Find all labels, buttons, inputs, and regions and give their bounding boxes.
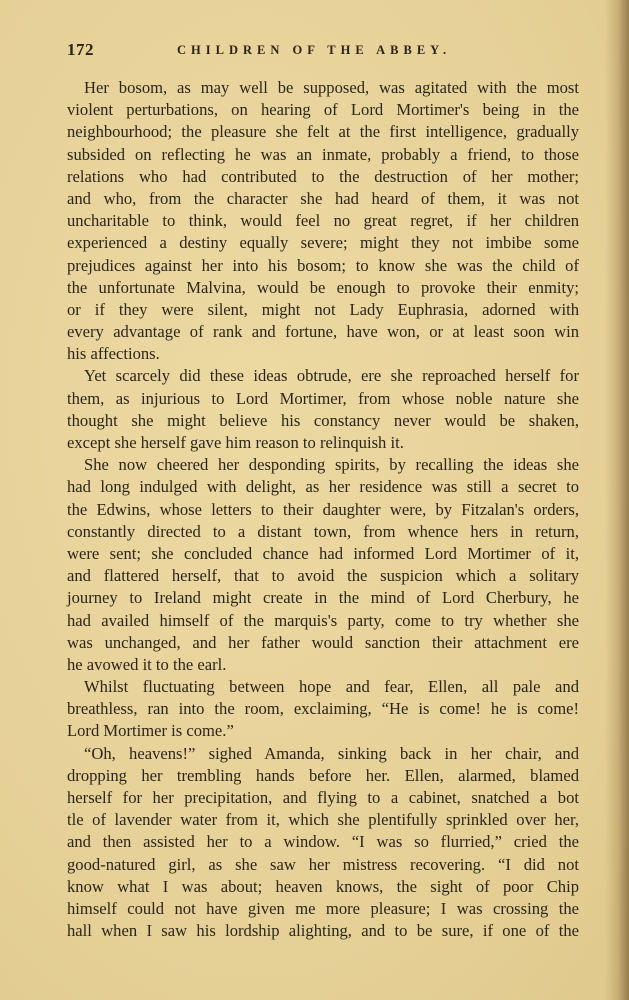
text-line: and flattered herself, that to avoid the…: [67, 565, 579, 587]
text-line: prejudices against her into his bosom; t…: [67, 255, 579, 277]
text-line: except she herself gave him reason to re…: [67, 432, 579, 454]
running-head: CHILDREN OF THE ABBEY.: [177, 43, 451, 58]
text-line: he avowed it to the earl.: [67, 654, 579, 676]
text-line: the unfortunate Malvina, would be enough…: [67, 277, 579, 299]
text-line: Whilst fluctuating between hope and fear…: [67, 676, 579, 698]
text-line: had long indulged with delight, as her r…: [67, 476, 579, 498]
text-line: had availed himself of the marquis's par…: [67, 610, 579, 632]
text-line: experienced a destiny equally severe; mi…: [67, 232, 579, 254]
text-line: was unchanged, and her father would sanc…: [67, 632, 579, 654]
text-line: know what I was about; heaven knows, the…: [67, 876, 579, 898]
text-line: himself could not have given me more ple…: [67, 898, 579, 920]
text-line: and who, from the character she had hear…: [67, 188, 579, 210]
text-line: violent perturbations, on hearing of Lor…: [67, 99, 579, 121]
text-line: his affections.: [67, 343, 579, 365]
text-line: tle of lavender water from it, which she…: [67, 809, 579, 831]
text-line: journey to Ireland might create in the m…: [67, 587, 579, 609]
text-line: Her bosom, as may well be supposed, was …: [67, 77, 579, 99]
text-line: breathless, ran into the room, exclaimin…: [67, 698, 579, 720]
book-page: 172 CHILDREN OF THE ABBEY. Her bosom, as…: [0, 0, 629, 1000]
text-line: “Oh, heavens!” sighed Amanda, sinking ba…: [67, 743, 579, 765]
text-line: She now cheered her desponding spirits, …: [67, 454, 579, 476]
page-number: 172: [67, 40, 94, 60]
text-line: good-natured girl, as she saw her mistre…: [67, 854, 579, 876]
page-header: 172 CHILDREN OF THE ABBEY.: [67, 40, 587, 64]
text-line: the Edwins, whose letters to their daugh…: [67, 499, 579, 521]
text-line: thought she might believe his constancy …: [67, 410, 579, 432]
text-line: neighbourhood; the pleasure she felt at …: [67, 121, 579, 143]
text-line: herself for her precipitation, and flyin…: [67, 787, 579, 809]
text-line: dropping her trembling hands before her.…: [67, 765, 579, 787]
text-line: were sent; she concluded chance had info…: [67, 543, 579, 565]
text-line: and then assisted her to a window. “I wa…: [67, 831, 579, 853]
text-line: hall when I saw his lordship alighting, …: [67, 920, 579, 942]
text-line: subsided on reflecting he was an inmate,…: [67, 144, 579, 166]
text-line: constantly directed to a distant town, f…: [67, 521, 579, 543]
text-line: relations who had contributed to the des…: [67, 166, 579, 188]
text-line: Lord Mortimer is come.”: [67, 720, 579, 742]
body-text: Her bosom, as may well be supposed, was …: [67, 77, 579, 942]
text-line: Yet scarcely did these ideas obtrude, er…: [67, 365, 579, 387]
text-line: or if they were silent, might not Lady E…: [67, 299, 579, 321]
text-line: them, as injurious to Lord Mortimer, fro…: [67, 388, 579, 410]
text-line: uncharitable to think, would feel no gre…: [67, 210, 579, 232]
text-line: every advantage of rank and fortune, hav…: [67, 321, 579, 343]
